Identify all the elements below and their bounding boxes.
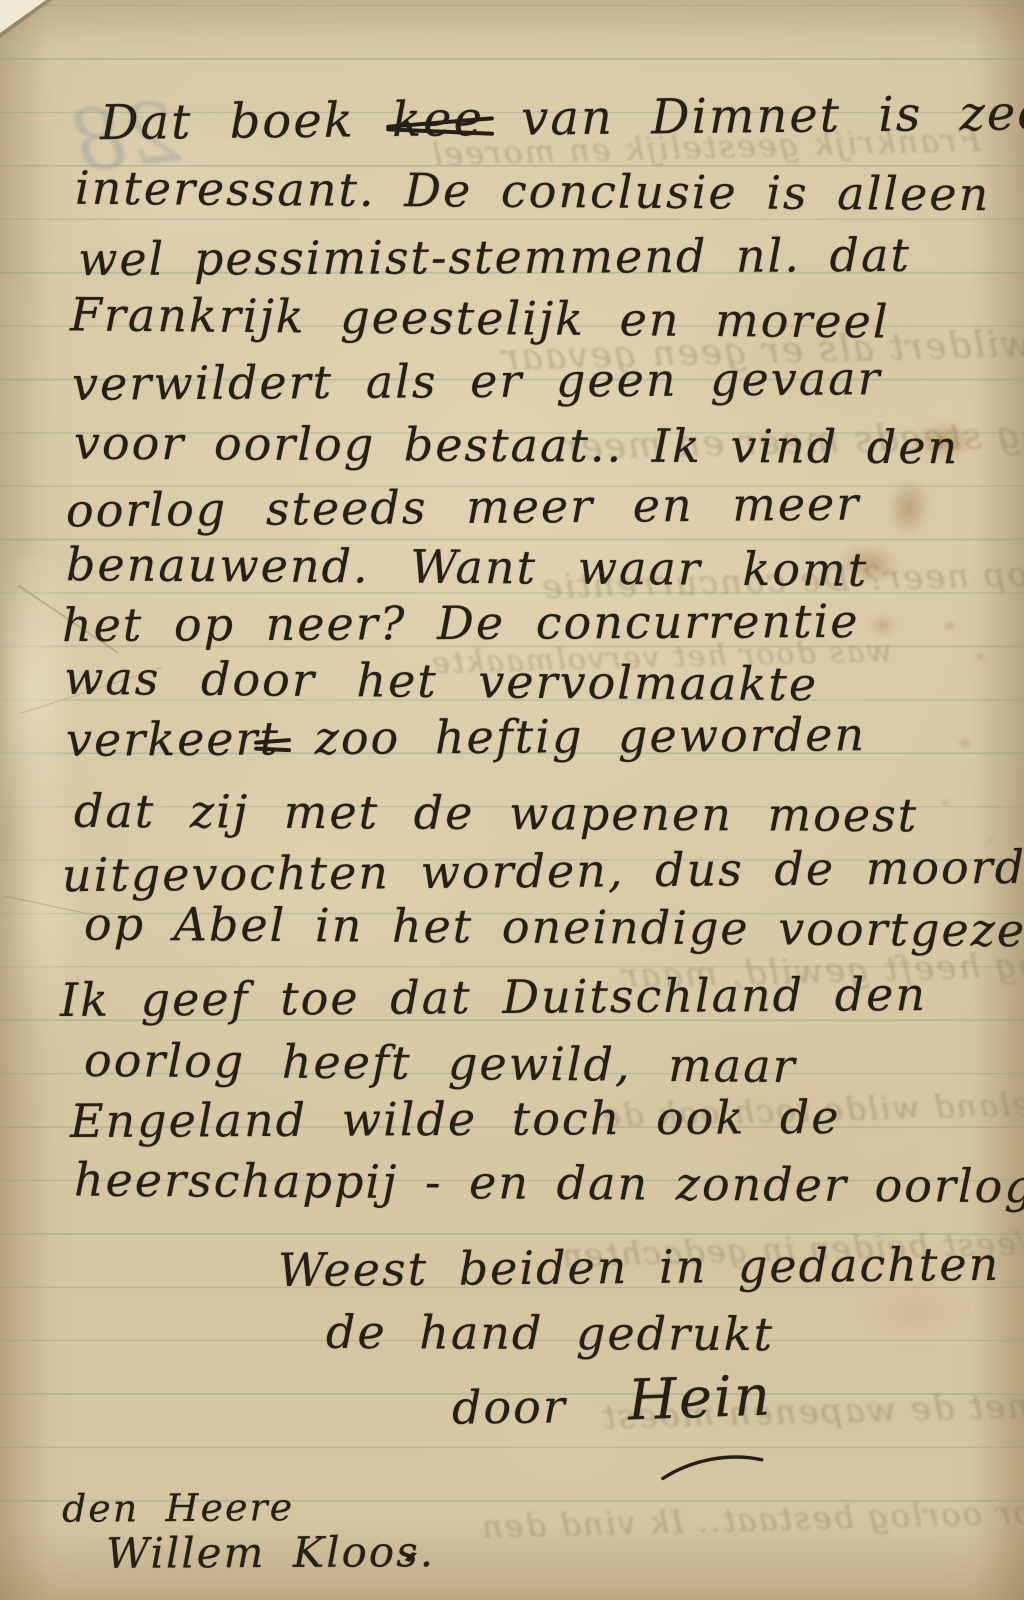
letter-line-2: interessant. De conclusie is alleen bbox=[75, 163, 991, 220]
letter-line-16: oorlog heeft gewild, maar bbox=[84, 1035, 797, 1092]
letter-line-11: verkeert zoo heftig geworden bbox=[66, 709, 866, 765]
folded-corner bbox=[0, 0, 46, 33]
letter-line-3: wel pessimist-stemmend nl. dat bbox=[78, 230, 911, 285]
closing-line-2: de hand gedrukt bbox=[326, 1307, 774, 1360]
letter-line-6: voor oorlog bestaat.. Ik vind den bbox=[74, 418, 959, 473]
letter-line-9: het op neer? De concurrentie bbox=[62, 596, 860, 651]
letter-line-17: Engeland wilde toch ook de bbox=[70, 1092, 841, 1147]
closing-word-door: door bbox=[452, 1381, 567, 1433]
letter-line-13: uitgevochten worden, dus de moord bbox=[62, 842, 1024, 901]
letter-line-18: heerschappij - en dan zonder oorlog? bbox=[74, 1155, 1024, 1212]
letter-line-15: Ik geef toe dat Duitschland den bbox=[60, 969, 927, 1026]
letter-line-10: was door het vervolmaakte bbox=[64, 653, 818, 710]
letter-line-7: oorlog steeds meer en meer bbox=[66, 479, 861, 537]
letter-line-12: dat zij met de wapenen moest bbox=[74, 786, 919, 841]
bleedthrough-text: voor oorlog bestaat.. Ik vind den bbox=[480, 1492, 1024, 1546]
letter-line-8: benauwend. Want waar komt bbox=[66, 539, 869, 595]
letter-line-14: op Abel in het oneindige voortgezet. bbox=[84, 899, 1024, 956]
letter-line-1: Dat boek kee van Dimnet is zeer bbox=[100, 87, 1024, 150]
letter-line-5: verwildert als er geen gevaar bbox=[72, 353, 882, 409]
closing-line-1: Weest beiden in gedachten bbox=[278, 1239, 1001, 1296]
address-line-2: Willem Kloos. bbox=[106, 1529, 435, 1577]
address-line-1: den Heere bbox=[62, 1487, 294, 1530]
folded-corner-shadow bbox=[0, 0, 52, 38]
signature-hein: Hein bbox=[627, 1366, 773, 1433]
letter-line-4: Frankrijk geestelijk en moreel bbox=[70, 289, 890, 347]
signature-flourish bbox=[657, 1447, 769, 1484]
struck-word: kee bbox=[392, 93, 484, 147]
letter-page: 28 Frankrijk geestelijk en moreel verwil… bbox=[0, 0, 1024, 1600]
struck-letter: t bbox=[259, 713, 280, 764]
stain-spots bbox=[920, 600, 1020, 860]
